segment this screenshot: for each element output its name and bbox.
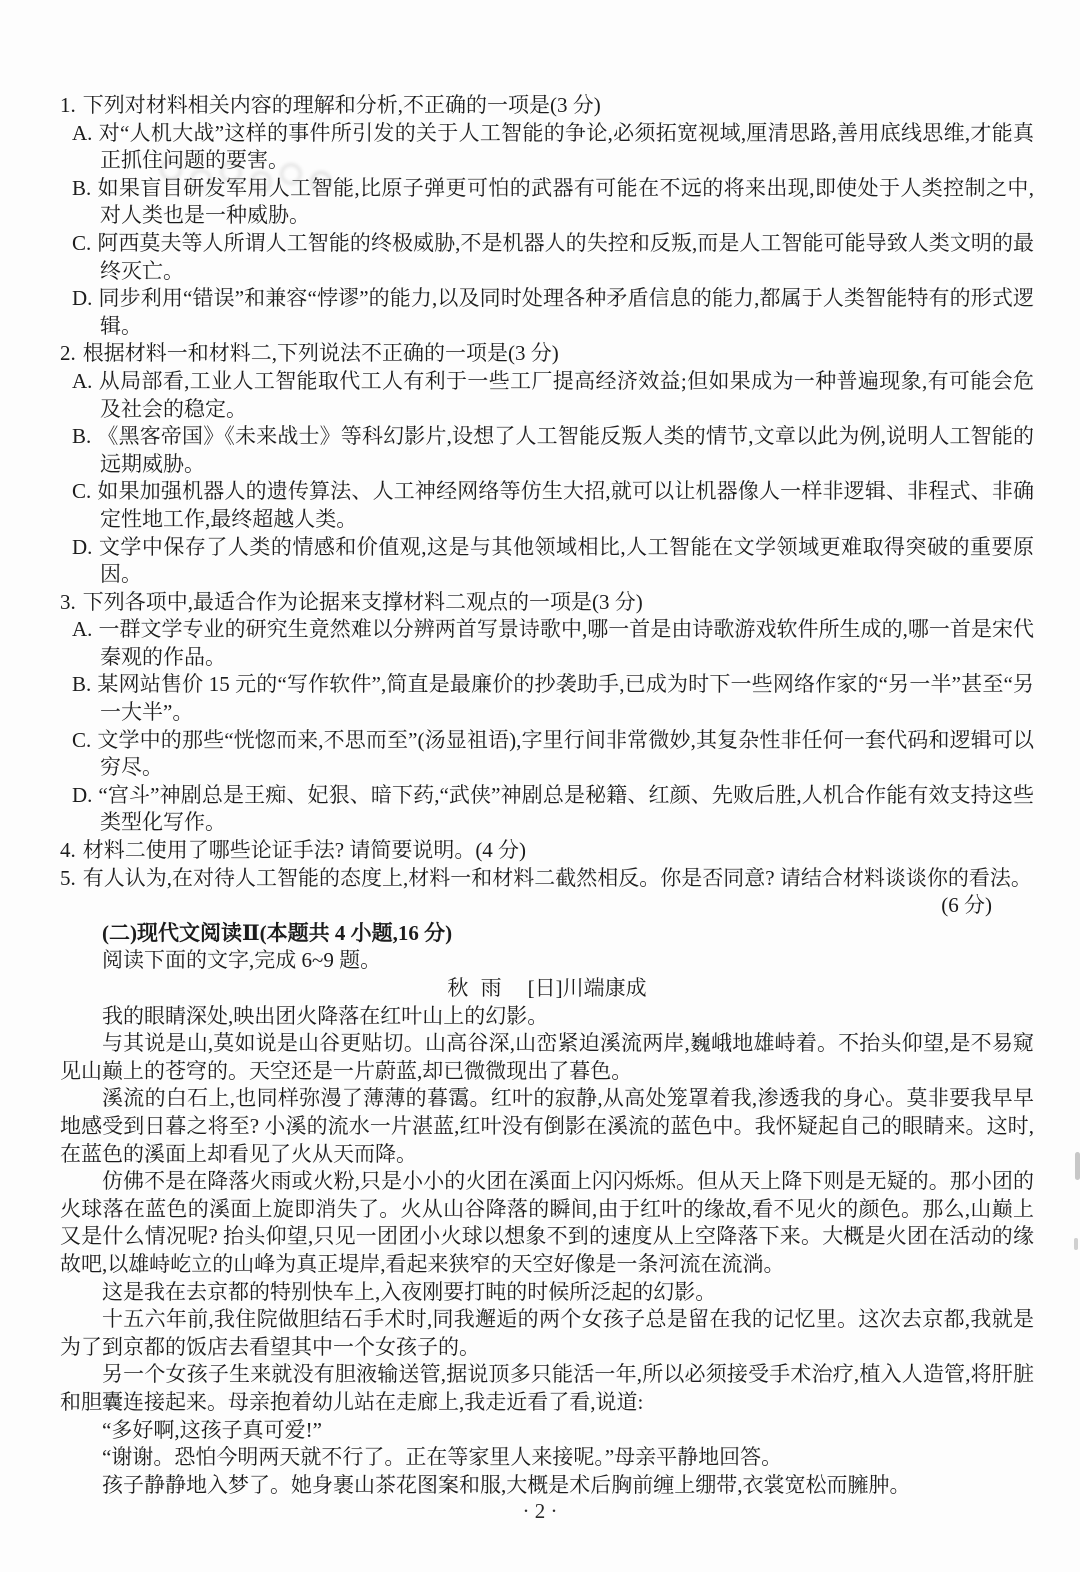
essay-author: [日]川端康成 [528,976,647,1000]
essay-paragraph: 孩子静静地入梦了。她身裹山茶花图案和服,大概是术后胸前缠上绷带,衣裳宽松而臃肿。 [60,1472,1034,1500]
option-label: B. [72,176,91,200]
option-label: C. [72,231,91,255]
question-2-stem-text: 根据材料一和材料二,下列说法不正确的一项是(3 分) [83,341,559,365]
page-number: · 2 · [0,1499,1080,1524]
question-4-stem: 4.材料二使用了哪些论证手法? 请简要说明。(4 分) [60,837,1034,865]
question-1-option-c: C.阿西莫夫等人所谓人工智能的终极威胁,不是机器人的失控和反叛,而是人工智能可能… [60,230,1034,285]
scan-edge-artifact [1075,1152,1080,1180]
option-text: 如果盲目研发军用人工智能,比原子弹更可怕的武器有可能在不远的将来出现,即使处于人… [97,176,1034,228]
essay-paragraph: 与其说是山,莫如说是山谷更贴切。山高谷深,山峦紧迫溪流两岸,巍峨地雄峙着。不抬头… [60,1030,1034,1085]
option-text: 阿西莫夫等人所谓人工智能的终极威胁,不是机器人的失控和反叛,而是人工智能可能导致… [97,231,1034,283]
essay-paragraph-dialogue: “多好啊,这孩子真可爱!” [60,1417,1034,1445]
essay-paragraph: 另一个女孩子生来就没有胆液输送管,据说顶多只能活一年,所以必须接受手术治疗,植入… [60,1361,1034,1416]
question-1-option-b: B.如果盲目研发军用人工智能,比原子弹更可怕的武器有可能在不远的将来出现,即使处… [60,175,1034,230]
option-text: 同步利用“错误”和兼容“悖谬”的能力,以及同时处理各种矛盾信息的能力,都属于人类… [98,286,1034,338]
question-4-stem-text: 材料二使用了哪些论证手法? 请简要说明。(4 分) [83,838,526,862]
question-3-option-c: C.文学中的那些“恍惚而来,不思而至”(汤显祖语),字里行间非常微妙,其复杂性非… [60,727,1034,782]
reading-section-heading: (二)现代文阅读Ⅱ(本题共 4 小题,16 分) [60,920,1034,948]
question-4: 4.材料二使用了哪些论证手法? 请简要说明。(4 分) [60,837,1034,865]
question-1-option-a: A.对“人机大战”这样的事件所引发的关于人工智能的争论,必须拓宽视域,厘清思路,… [60,120,1034,175]
option-text: 一群文学专业的研究生竟然难以分辨两首写景诗歌中,哪一首是由诗歌游戏软件所生成的,… [98,617,1034,669]
question-2-number: 2. [60,341,76,365]
option-text: 文学中保存了人类的情感和价值观,这是与其他领域相比,人工智能在文学领域更难取得突… [98,535,1034,587]
question-3-number: 3. [60,590,76,614]
essay-paragraph: 这是我在去京都的特别快车上,入夜刚要打盹的时候所泛起的幻影。 [60,1279,1034,1307]
question-3-stem: 3.下列各项中,最适合作为论据来支撑材料二观点的一项是(3 分) [60,589,1034,617]
option-text: 从局部看,工业人工智能取代工人有利于一些工厂提高经济效益;但如果成为一种普遍现象… [98,369,1034,421]
option-label: B. [72,424,91,448]
essay-paragraph: 仿佛不是在降落火雨或火粉,只是小小的火团在溪面上闪闪烁烁。但从天上降下则是无疑的… [60,1168,1034,1278]
option-label: D. [72,535,92,559]
question-2-stem: 2.根据材料一和材料二,下列说法不正确的一项是(3 分) [60,340,1034,368]
question-3-option-b: B.某网站售价 15 元的“写作软件”,简直是最廉价的抄袭助手,已成为时下一些网… [60,671,1034,726]
question-3-option-a: A.一群文学专业的研究生竟然难以分辨两首写景诗歌中,哪一首是由诗歌游戏软件所生成… [60,616,1034,671]
essay-paragraph-dialogue: “谢谢。恐怕今明两天就不行了。正在等家里人来接呢。”母亲平静地回答。 [60,1444,1034,1472]
essay-title: 秋 雨 [447,976,501,1000]
question-2: 2.根据材料一和材料二,下列说法不正确的一项是(3 分) A.从局部看,工业人工… [60,340,1034,588]
question-2-option-c: C.如果加强机器人的遗传算法、人工神经网络等仿生大招,就可以让机器像人一样非逻辑… [60,478,1034,533]
question-1: 1.下列对材料相关内容的理解和分析,不正确的一项是(3 分) A.对“人机大战”… [60,92,1034,340]
option-text: “宫斗”神剧总是王痴、妃狠、暗下药,“武侠”神剧总是秘籍、红颜、先败后胜,人机合… [98,783,1034,835]
option-text: 《黑客帝国》《未来战士》等科幻影片,设想了人工智能反叛人类的情节,文章以此为例,… [97,424,1034,476]
question-2-option-b: B.《黑客帝国》《未来战士》等科幻影片,设想了人工智能反叛人类的情节,文章以此为… [60,423,1034,478]
question-3-option-d: D.“宫斗”神剧总是王痴、妃狠、暗下药,“武侠”神剧总是秘籍、红颜、先败后胜,人… [60,782,1034,837]
question-5-stem: 5.有人认为,在对待人工智能的态度上,材料一和材料二截然相反。你是否同意? 请结… [60,865,1034,893]
option-label: D. [72,783,92,807]
option-label: B. [72,672,91,696]
question-2-option-d: D.文学中保存了人类的情感和价值观,这是与其他领域相比,人工智能在文学领域更难取… [60,534,1034,589]
question-3-stem-text: 下列各项中,最适合作为论据来支撑材料二观点的一项是(3 分) [83,590,643,614]
option-label: D. [72,286,92,310]
option-text: 如果加强机器人的遗传算法、人工神经网络等仿生大招,就可以让机器像人一样非逻辑、非… [97,479,1034,531]
option-text: 某网站售价 15 元的“写作软件”,简直是最廉价的抄袭助手,已成为时下一些网络作… [97,672,1034,724]
essay-paragraph: 十五六年前,我住院做胆结石手术时,同我邂逅的两个女孩子总是留在我的记忆里。这次去… [60,1306,1034,1361]
question-2-option-a: A.从局部看,工业人工智能取代工人有利于一些工厂提高经济效益;但如果成为一种普遍… [60,368,1034,423]
option-text: 文学中的那些“恍惚而来,不思而至”(汤显祖语),字里行间非常微妙,其复杂性非任何… [97,728,1034,780]
essay-paragraph: 溪流的白石上,也同样弥漫了薄薄的暮霭。红叶的寂静,从高处笼罩着我,渗透我的身心。… [60,1085,1034,1168]
question-1-option-d: D.同步利用“错误”和兼容“悖谬”的能力,以及同时处理各种矛盾信息的能力,都属于… [60,285,1034,340]
question-5-number: 5. [60,866,76,890]
exam-scan-page: 1.下列对材料相关内容的理解和分析,不正确的一项是(3 分) A.对“人机大战”… [0,0,1080,1572]
option-label: A. [72,369,92,393]
option-label: A. [72,617,92,641]
reading-section-2: (二)现代文阅读Ⅱ(本题共 4 小题,16 分) 阅读下面的文字,完成 6~9 … [60,920,1034,1499]
option-label: C. [72,479,91,503]
question-3: 3.下列各项中,最适合作为论据来支撑材料二观点的一项是(3 分) A.一群文学专… [60,589,1034,837]
essay-paragraph: 我的眼睛深处,映出团火降落在红叶山上的幻影。 [60,1003,1034,1031]
question-1-number: 1. [60,93,76,117]
scan-edge-artifact [1074,1238,1078,1250]
option-label: A. [72,121,92,145]
option-text: 对“人机大战”这样的事件所引发的关于人工智能的争论,必须拓宽视域,厘清思路,善用… [98,121,1034,173]
question-5-stem-text: 有人认为,在对待人工智能的态度上,材料一和材料二截然相反。你是否同意? 请结合材… [83,866,1032,890]
question-4-number: 4. [60,838,76,862]
question-1-stem-text: 下列对材料相关内容的理解和分析,不正确的一项是(3 分) [83,93,601,117]
question-1-stem: 1.下列对材料相关内容的理解和分析,不正确的一项是(3 分) [60,92,1034,120]
question-5-score: (6 分) [60,892,1034,920]
page-content: 1.下列对材料相关内容的理解和分析,不正确的一项是(3 分) A.对“人机大战”… [60,92,1034,1499]
option-label: C. [72,728,91,752]
question-5: 5.有人认为,在对待人工智能的态度上,材料一和材料二截然相反。你是否同意? 请结… [60,865,1034,920]
essay-title-line: 秋 雨[日]川端康成 [60,975,1034,1003]
reading-instruction: 阅读下面的文字,完成 6~9 题。 [60,947,1034,975]
